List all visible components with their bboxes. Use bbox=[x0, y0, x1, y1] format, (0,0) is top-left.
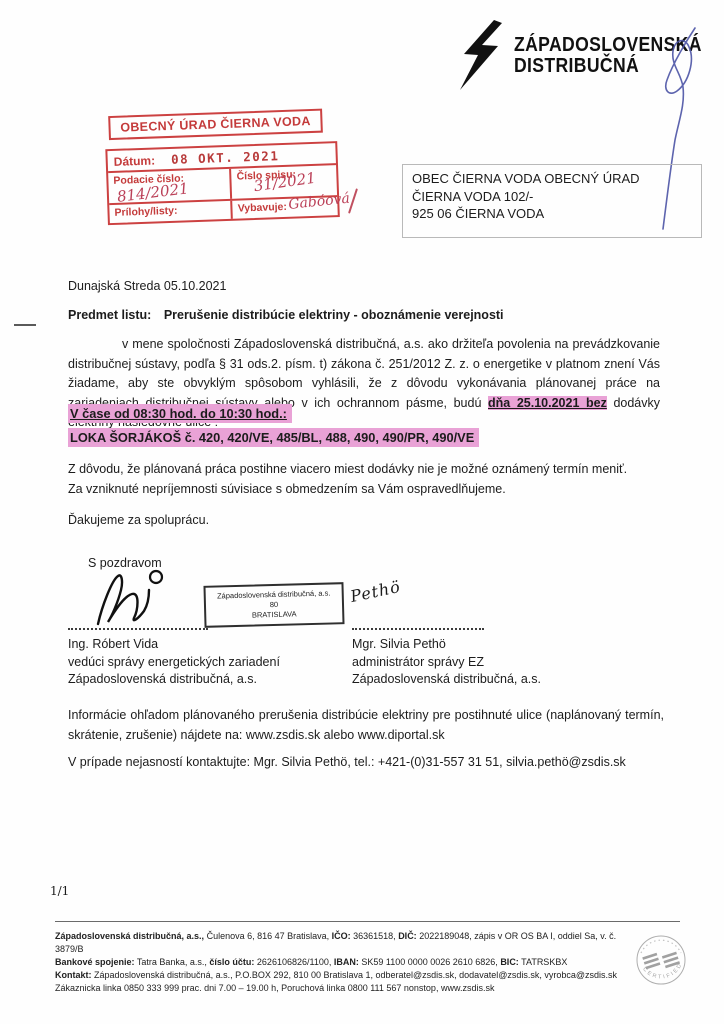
scanned-letter-page: ZÁPADOSLOVENSKÁ DISTRIBUČNÁ OBECNÝ ÚRAD … bbox=[0, 0, 724, 1024]
recipient-line: OBEC ČIERNA VODA OBECNÝ ÚRAD bbox=[412, 170, 692, 188]
stamp-cell-vybavuje: Vybavuje: Gabóová bbox=[232, 197, 337, 219]
signatory-right-role: administrátor správy EZ bbox=[352, 654, 541, 672]
signatory-left: Ing. Róbert Vida vedúci správy energetic… bbox=[68, 636, 280, 689]
streets-text: LOKA ŠORJÁKOŠ č. 420, 420/VE, 485/BL, 48… bbox=[68, 428, 479, 447]
recipient-address-box: OBEC ČIERNA VODA OBECNÝ ÚRAD ČIERNA VODA… bbox=[402, 164, 702, 238]
subject-label: Predmet listu: bbox=[68, 308, 151, 322]
signature-dotted-line-right bbox=[352, 628, 484, 630]
vida-handwritten-signature bbox=[92, 566, 192, 632]
place-and-date: Dunajská Streda 05.10.2021 bbox=[68, 279, 226, 293]
footer-divider bbox=[55, 921, 680, 922]
stamp-date-value: 08 OKT. 2021 bbox=[171, 148, 280, 167]
certification-seal-icon: CERTIFIED bbox=[632, 933, 690, 991]
fold-mark bbox=[14, 324, 36, 326]
company-stamp-box: Západoslovenská distribučná, a.s. 80 BRA… bbox=[203, 582, 344, 628]
signature-dotted-line-left bbox=[68, 628, 208, 630]
stamp-grid: Dátum: 08 OKT. 2021 Podacie číslo: 814/2… bbox=[105, 141, 340, 225]
petho-handwritten-signature: Pethö bbox=[349, 577, 403, 606]
subject-text: Prerušenie distribúcie elektriny - obozn… bbox=[164, 308, 504, 322]
highlighted-streets-line: LOKA ŠORJÁKOŠ č. 420, 420/VE, 485/BL, 48… bbox=[68, 430, 479, 445]
footer-line-1: Západoslovenská distribučná, a.s., Čulen… bbox=[55, 930, 627, 956]
para2-line1: Z dôvodu, že plánovaná práca postihne vi… bbox=[68, 460, 668, 480]
highlighted-time-line: V čase od 08:30 hod. do 10:30 hod.: bbox=[68, 406, 292, 421]
time-range-text: V čase od 08:30 hod. do 10:30 hod.: bbox=[68, 404, 292, 423]
footer-block: Západoslovenská distribučná, a.s., Čulen… bbox=[55, 930, 627, 995]
page-number: 1/1 bbox=[50, 884, 69, 898]
subject-line: Predmet listu: Prerušenie distribúcie el… bbox=[68, 308, 504, 322]
signatory-right-name: Mgr. Silvia Pethö bbox=[352, 636, 541, 654]
footer-line-4: Zákaznicka linka 0850 333 999 prac. dni … bbox=[55, 982, 627, 995]
registry-stamp: OBECNÝ ÚRAD ČIERNA VODA Dátum: 08 OKT. 2… bbox=[104, 108, 348, 225]
prilohy-label: Prílohy/listy: bbox=[114, 203, 226, 219]
footer-line-3: Kontakt: Západoslovenská distribučná, a.… bbox=[55, 969, 627, 982]
signatory-left-name: Ing. Róbert Vida bbox=[68, 636, 280, 654]
footer-line-2: Bankové spojenie: Tatra Banka, a.s., čís… bbox=[55, 956, 627, 969]
signatory-left-role: vedúci správy energetických zariadení bbox=[68, 654, 280, 672]
body-paragraph-2: Z dôvodu, že plánovaná práca postihne vi… bbox=[68, 460, 668, 499]
signatory-right: Mgr. Silvia Pethö administrátor správy E… bbox=[352, 636, 541, 689]
contact-line: V prípade nejasností kontaktujte: Mgr. S… bbox=[68, 755, 626, 769]
para2-line2: Za vzniknuté nepríjemnosti súvisiace s o… bbox=[68, 480, 668, 500]
stamp-date-label: Dátum: bbox=[114, 153, 156, 168]
stamp-cell-podacie: Podacie číslo: 814/2021 bbox=[108, 169, 232, 203]
lightning-bolt-icon bbox=[458, 20, 504, 92]
recipient-line: ČIERNA VODA 102/- bbox=[412, 188, 692, 206]
info-paragraph: Informácie ohľadom plánovaného prerušeni… bbox=[68, 706, 664, 745]
stamp-cell-prilohy: Prílohy/listy: bbox=[109, 201, 233, 223]
stamp-title: OBECNÝ ÚRAD ČIERNA VODA bbox=[108, 109, 323, 140]
recipient-line: 925 06 ČIERNA VODA bbox=[412, 205, 692, 223]
signatory-left-company: Západoslovenská distribučná, a.s. bbox=[68, 671, 280, 689]
company-stamp-line: BRATISLAVA bbox=[208, 608, 340, 621]
signatory-right-company: Západoslovenská distribučná, a.s. bbox=[352, 671, 541, 689]
thanks-line: Ďakujeme za spoluprácu. bbox=[68, 513, 209, 527]
